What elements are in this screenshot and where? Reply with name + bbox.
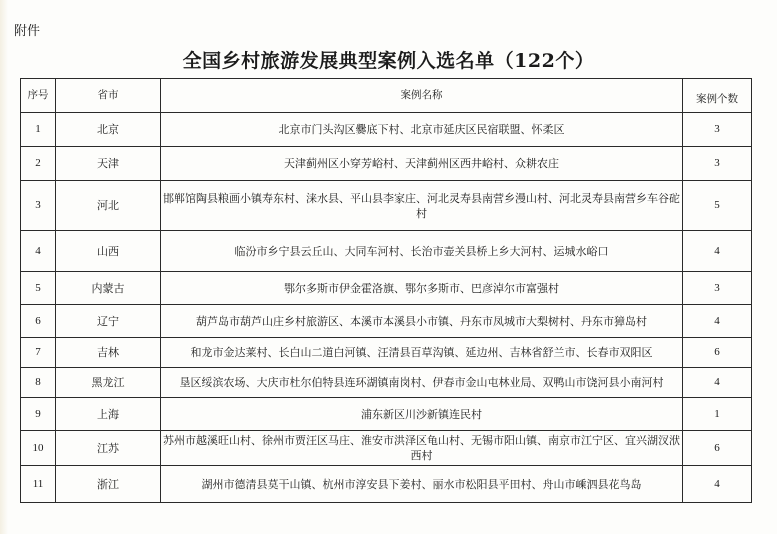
document-title: 全国乡村旅游发展典型案例入选名单（122个）: [0, 46, 777, 73]
cell-seq: 9: [21, 398, 56, 431]
cell-count: 5: [683, 181, 752, 231]
table-row: 3 河北 邯郸馆陶县粮画小镇寿东村、涞水县、平山县李家庄、河北灵寿县南营乡漫山村…: [21, 181, 752, 231]
cell-province: 上海: [56, 398, 161, 431]
cell-seq: 10: [21, 431, 56, 466]
page-edge-shadow: [0, 0, 8, 534]
cell-count: 3: [683, 147, 752, 181]
cell-cases: 和龙市金达莱村、长白山二道白河镇、汪清县百草沟镇、延边州、吉林省舒兰市、长春市双…: [161, 338, 683, 368]
table-row: 8 黑龙江 垦区绥滨农场、大庆市杜尔伯特县连环湖镇南岗村、伊春市金山屯林业局、双…: [21, 368, 752, 398]
cell-province: 浙江: [56, 466, 161, 503]
cell-count: 4: [683, 466, 752, 503]
cell-seq: 5: [21, 272, 56, 305]
cell-province: 黑龙江: [56, 368, 161, 398]
cell-count: 6: [683, 431, 752, 466]
cell-cases: 北京市门头沟区爨底下村、北京市延庆区民宿联盟、怀柔区: [161, 113, 683, 147]
attachment-label: 附件: [14, 20, 40, 39]
table-header-row: 序号 省市 案例名称 案例个数: [21, 79, 752, 113]
table-row: 9 上海 浦东新区川沙新镇连民村 1: [21, 398, 752, 431]
cell-cases: 葫芦岛市葫芦山庄乡村旅游区、本溪市本溪县小市镇、丹东市凤城市大梨树村、丹东市獐岛…: [161, 305, 683, 338]
cell-count: 3: [683, 113, 752, 147]
cell-cases: 临汾市乡宁县云丘山、大同车河村、长治市壶关县桥上乡大河村、运城水峪口: [161, 231, 683, 272]
cell-province: 江苏: [56, 431, 161, 466]
cell-seq: 8: [21, 368, 56, 398]
cell-cases: 苏州市越溪旺山村、徐州市贾汪区马庄、淮安市洪泽区龟山村、无锡市阳山镇、南京市江宁…: [161, 431, 683, 466]
cell-province: 山西: [56, 231, 161, 272]
cell-seq: 4: [21, 231, 56, 272]
header-province: 省市: [56, 79, 161, 113]
table-row: 4 山西 临汾市乡宁县云丘山、大同车河村、长治市壶关县桥上乡大河村、运城水峪口 …: [21, 231, 752, 272]
cell-count: 4: [683, 231, 752, 272]
cell-count: 6: [683, 338, 752, 368]
table-row: 2 天津 天津蓟州区小穿芳峪村、天津蓟州区西井峪村、众耕农庄 3: [21, 147, 752, 181]
table-row: 6 辽宁 葫芦岛市葫芦山庄乡村旅游区、本溪市本溪县小市镇、丹东市凤城市大梨树村、…: [21, 305, 752, 338]
cell-cases: 鄂尔多斯市伊金霍洛旗、鄂尔多斯市、巴彦淖尔市富强村: [161, 272, 683, 305]
cell-province: 北京: [56, 113, 161, 147]
cell-count: 4: [683, 305, 752, 338]
cell-seq: 2: [21, 147, 56, 181]
cell-province: 河北: [56, 181, 161, 231]
table-row: 7 吉林 和龙市金达莱村、长白山二道白河镇、汪清县百草沟镇、延边州、吉林省舒兰市…: [21, 338, 752, 368]
cell-seq: 11: [21, 466, 56, 503]
table-row: 11 浙江 湖州市德清县莫干山镇、杭州市淳安县下姜村、丽水市松阳县平田村、舟山市…: [21, 466, 752, 503]
cell-seq: 3: [21, 181, 56, 231]
cell-cases: 垦区绥滨农场、大庆市杜尔伯特县连环湖镇南岗村、伊春市金山屯林业局、双鸭山市饶河县…: [161, 368, 683, 398]
cell-seq: 6: [21, 305, 56, 338]
case-list-table: 序号 省市 案例名称 案例个数 1 北京 北京市门头沟区爨底下村、北京市延庆区民…: [20, 78, 752, 503]
table-row: 5 内蒙古 鄂尔多斯市伊金霍洛旗、鄂尔多斯市、巴彦淖尔市富强村 3: [21, 272, 752, 305]
cell-province: 内蒙古: [56, 272, 161, 305]
cell-cases: 邯郸馆陶县粮画小镇寿东村、涞水县、平山县李家庄、河北灵寿县南营乡漫山村、河北灵寿…: [161, 181, 683, 231]
cell-count: 3: [683, 272, 752, 305]
header-cases: 案例名称: [161, 79, 683, 113]
cell-province: 天津: [56, 147, 161, 181]
header-seq: 序号: [21, 79, 56, 113]
table-row: 10 江苏 苏州市越溪旺山村、徐州市贾汪区马庄、淮安市洪泽区龟山村、无锡市阳山镇…: [21, 431, 752, 466]
table-row: 1 北京 北京市门头沟区爨底下村、北京市延庆区民宿联盟、怀柔区 3: [21, 113, 752, 147]
cell-cases: 浦东新区川沙新镇连民村: [161, 398, 683, 431]
cell-province: 吉林: [56, 338, 161, 368]
header-count: 案例个数: [683, 79, 752, 113]
cell-count: 1: [683, 398, 752, 431]
cell-cases: 天津蓟州区小穿芳峪村、天津蓟州区西井峪村、众耕农庄: [161, 147, 683, 181]
cell-count: 4: [683, 368, 752, 398]
cell-seq: 7: [21, 338, 56, 368]
cell-seq: 1: [21, 113, 56, 147]
cell-cases: 湖州市德清县莫干山镇、杭州市淳安县下姜村、丽水市松阳县平田村、舟山市嵊泗县花鸟岛: [161, 466, 683, 503]
cell-province: 辽宁: [56, 305, 161, 338]
